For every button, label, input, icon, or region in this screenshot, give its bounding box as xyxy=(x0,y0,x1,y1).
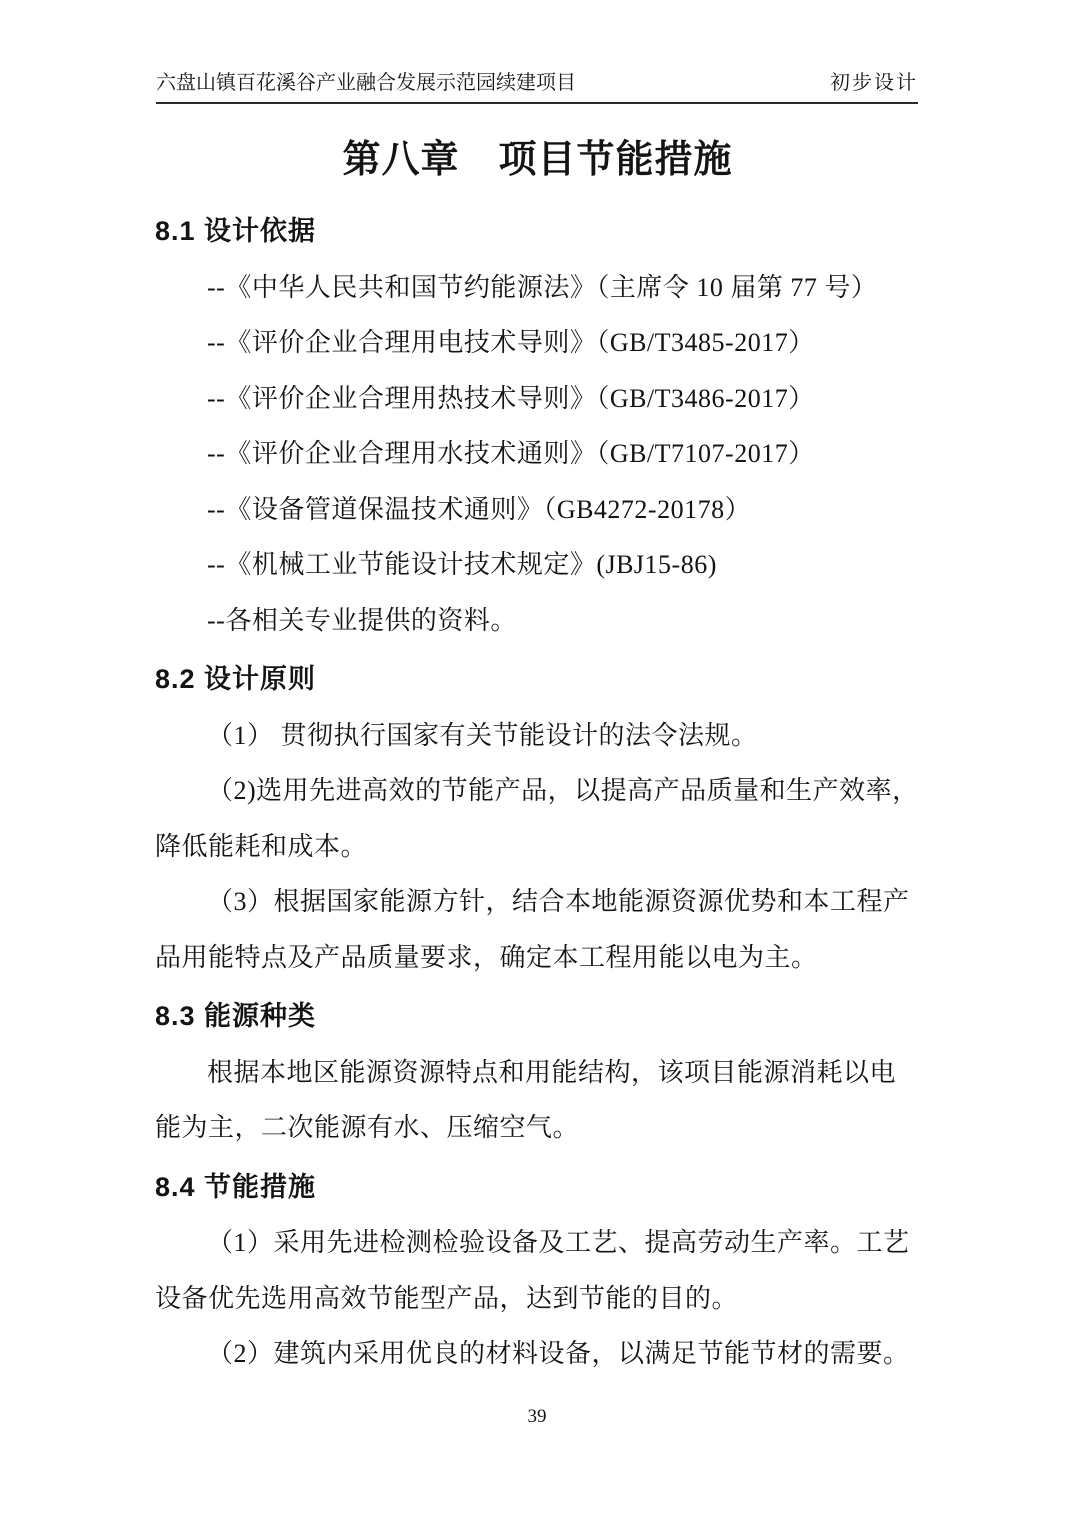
reference-item: --《评价企业合理用热技术导则》（GB/T3486-2017） xyxy=(155,371,920,427)
paragraph-line: （2)选用先进高效的节能产品，以提高产品质量和生产效率， xyxy=(155,763,920,819)
page-header: 六盘山镇百花溪谷产业融合发展示范园续建项目 初步设计 xyxy=(156,70,918,104)
paragraph-line: 根据本地区能源资源特点和用能结构，该项目能源消耗以电 xyxy=(155,1045,920,1101)
reference-item: --《机械工业节能设计技术规定》(JBJ15-86) xyxy=(155,537,920,593)
reference-item: --各相关专业提供的资料。 xyxy=(155,593,920,649)
paragraph-line: （1） 贯彻执行国家有关节能设计的法令法规。 xyxy=(155,708,920,764)
reference-item: --《中华人民共和国节约能源法》（主席令 10 届第 77 号） xyxy=(155,260,920,316)
document-body: 第八章 项目节能措施 8.1 设计依据 --《中华人民共和国节约能源法》（主席令… xyxy=(155,104,920,1382)
chapter-title: 第八章 项目节能措施 xyxy=(155,128,920,192)
header-project-title: 六盘山镇百花溪谷产业融合发展示范园续建项目 xyxy=(156,70,576,96)
paragraph-line: （1）采用先进检测检验设备及工艺、提高劳动生产率。工艺 xyxy=(155,1215,920,1271)
page-number: 39 xyxy=(0,1406,1074,1428)
section-heading-8-3: 8.3 能源种类 xyxy=(155,989,920,1045)
paragraph-line: 降低能耗和成本。 xyxy=(155,819,920,875)
paragraph-line: 能为主，二次能源有水、压缩空气。 xyxy=(155,1100,920,1156)
section-heading-8-2: 8.2 设计原则 xyxy=(155,652,920,708)
paragraph-line: 设备优先选用高效节能型产品，达到节能的目的。 xyxy=(155,1271,920,1327)
document-page: 六盘山镇百花溪谷产业融合发展示范园续建项目 初步设计 第八章 项目节能措施 8.… xyxy=(0,0,1074,1520)
header-doc-type: 初步设计 xyxy=(830,70,918,96)
reference-item: --《评价企业合理用水技术通则》（GB/T7107-2017） xyxy=(155,426,920,482)
paragraph-line: （3）根据国家能源方针，结合本地能源资源优势和本工程产 xyxy=(155,874,920,930)
section-heading-8-1: 8.1 设计依据 xyxy=(155,204,920,260)
section-heading-8-4: 8.4 节能措施 xyxy=(155,1160,920,1216)
reference-item: --《评价企业合理用电技术导则》（GB/T3485-2017） xyxy=(155,315,920,371)
paragraph-line: （2）建筑内采用优良的材料设备，以满足节能节材的需要。 xyxy=(155,1326,920,1382)
paragraph-line: 品用能特点及产品质量要求，确定本工程用能以电为主。 xyxy=(155,930,920,986)
reference-item: --《设备管道保温技术通则》（GB4272-20178） xyxy=(155,482,920,538)
